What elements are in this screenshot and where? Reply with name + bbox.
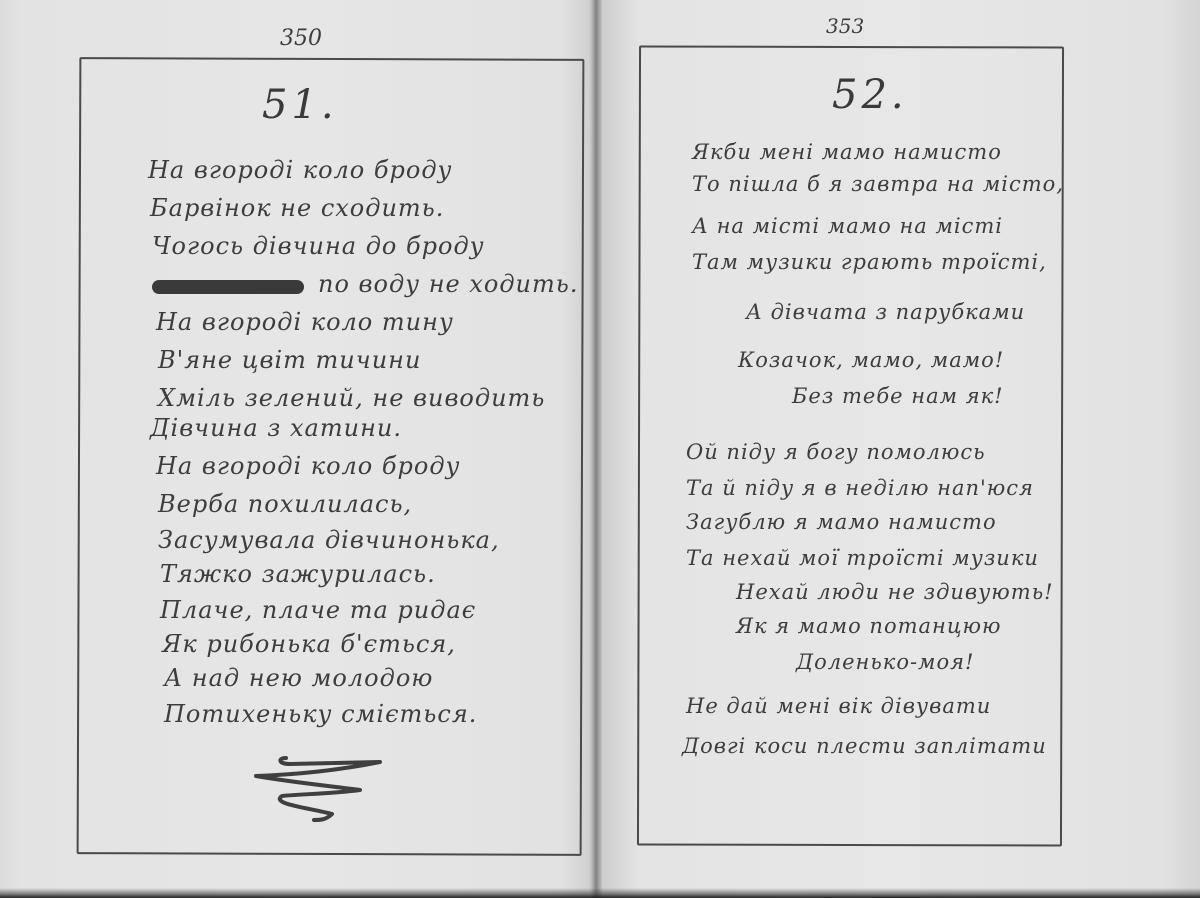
poem-line: Довгі коси плести заплітати xyxy=(682,734,1047,758)
poem-line: Там музики грають троїсті, xyxy=(692,250,1047,274)
poem-line: В'яне цвіт тичини xyxy=(158,346,421,374)
poem-line: Плаче, плаче та ридає xyxy=(160,596,476,624)
poem-line: Та й піду я в неділю нап'юся xyxy=(686,476,1034,500)
poem-line: Не дай мені вік дівувати xyxy=(686,694,991,718)
struck-out-word xyxy=(152,280,304,294)
poem-line: На вгороді коло броду xyxy=(156,452,460,480)
poem-line: А дівчата з парубками xyxy=(746,300,1025,324)
folio-number: 350 xyxy=(280,26,322,51)
poem-line: Без тебе нам як! xyxy=(792,384,1004,408)
poem-line: А на місті мамо на місті xyxy=(692,214,1003,238)
poem-line: Загублю я мамо намисто xyxy=(686,510,997,534)
poem-number: 51. xyxy=(262,82,338,128)
poem-line: по воду не ходить. xyxy=(318,270,578,298)
end-flourish-icon xyxy=(250,748,390,828)
poem-line: Засумувала дівчинонька, xyxy=(158,526,500,554)
poem-line: Якби мені мамо намисто xyxy=(692,140,1002,164)
folio-number: 353 xyxy=(826,14,864,38)
poem-line: Тяжко зажурилась. xyxy=(160,560,436,588)
poem-line: Доленько-моя! xyxy=(796,650,974,674)
poem-line: Верба похилилась, xyxy=(158,490,412,518)
poem-line: Як рибонька б'ється, xyxy=(162,630,456,658)
poem-line: Барвінок не сходить. xyxy=(150,194,444,222)
poem-line: А над нею молодою xyxy=(164,664,433,692)
poem-line: На вгороді коло тину xyxy=(156,308,454,336)
poem-line: Як я мамо потанцюю xyxy=(736,614,1001,638)
poem-line: На вгороді коло броду xyxy=(148,156,452,184)
poem-line: Та нехай мої троїсті музики xyxy=(686,546,1039,570)
poem-line: То пішла б я завтра на місто, xyxy=(692,172,1064,196)
poem-line: Хміль зелений, не виводить xyxy=(158,384,545,412)
scan-bottom-edge xyxy=(0,888,1200,898)
poem-line: Потихеньку сміється. xyxy=(164,700,477,728)
poem-line: Чогось дівчина до броду xyxy=(152,232,485,260)
left-page: 350 51. На вгороді коло броду Барвінок н… xyxy=(0,0,592,898)
poem-line: Нехай люди не здивують! xyxy=(736,580,1054,604)
poem-number: 52. xyxy=(832,72,908,118)
poem-line: Ой піду я богу помолюсь xyxy=(686,440,986,464)
right-page: 353 52. Якби мені мамо намисто То пішла … xyxy=(600,0,1200,898)
poem-line: Козачок, мамо, мамо! xyxy=(738,348,1004,372)
poem-line: Дівчина з хатини. xyxy=(150,414,402,442)
